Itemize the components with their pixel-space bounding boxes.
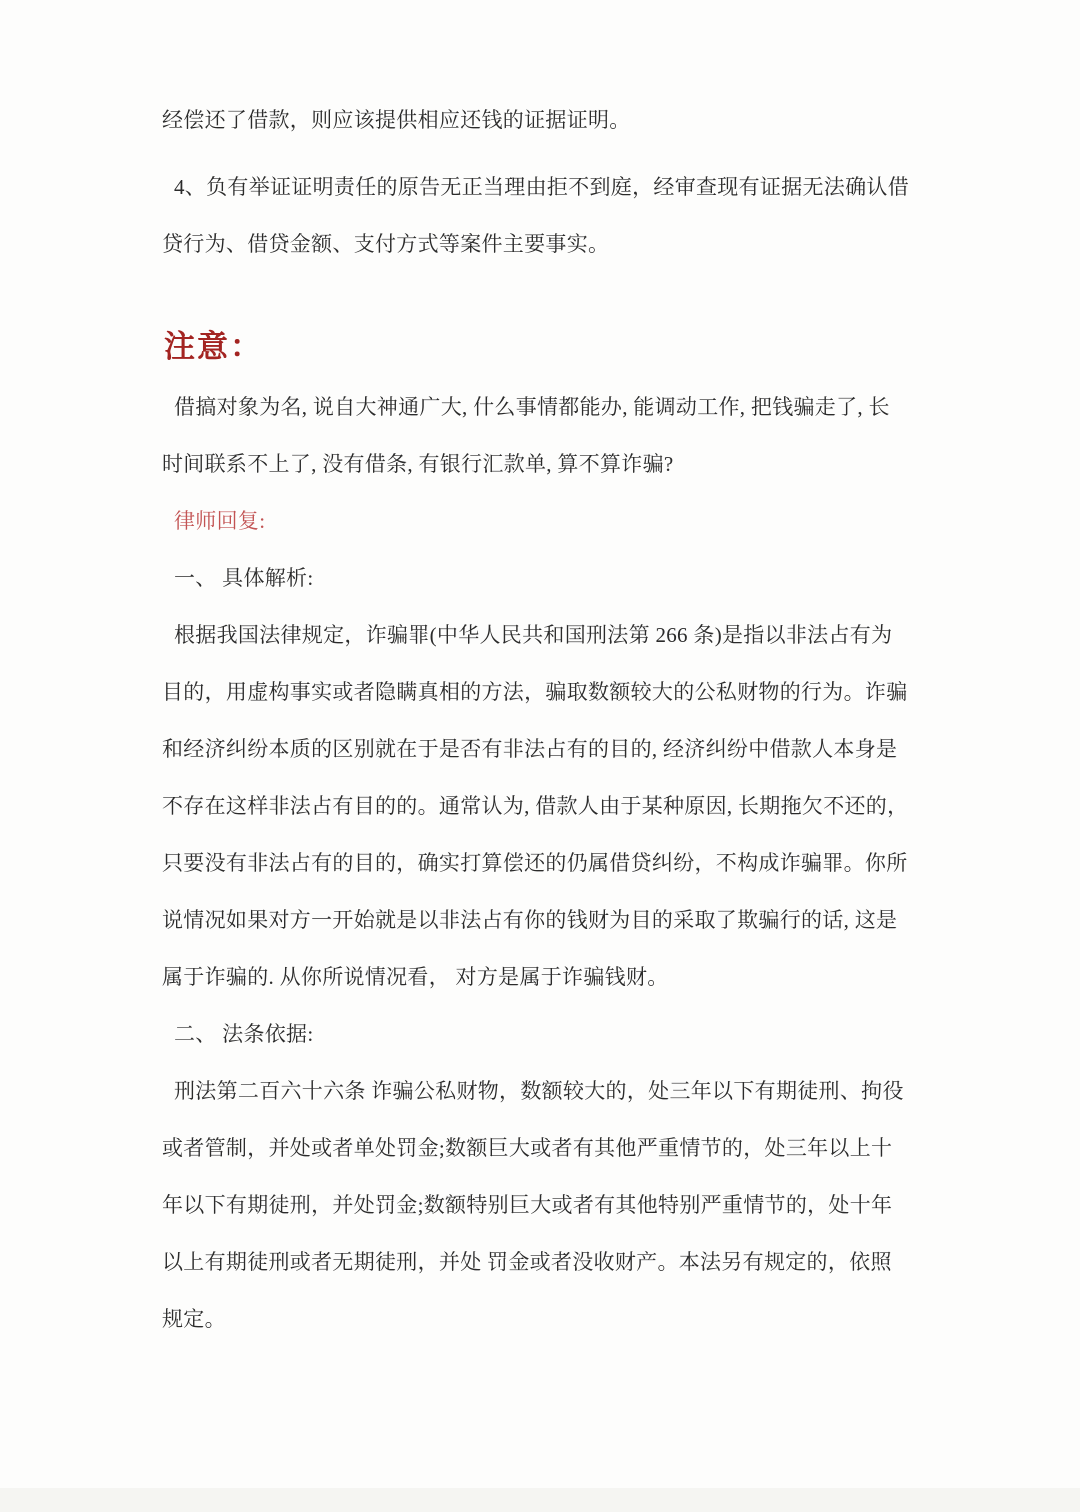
document-page: 经偿还了借款，则应该提供相应还钱的证据证明。 4、负有举证证明责任的原告无正当理… bbox=[0, 0, 1080, 1512]
paragraph-repayment-evidence: 经偿还了借款，则应该提供相应还钱的证据证明。 bbox=[162, 92, 930, 149]
paragraph-question: 借搞对象为名, 说自大神通广大, 什么事情都能办, 能调动工作, 把钱骗走了, … bbox=[162, 379, 930, 493]
text-line: 经偿还了借款，则应该提供相应还钱的证据证明。 bbox=[162, 92, 930, 149]
text-line: 年以下有期徒刑，并处罚金;数额特别巨大或者有其他特别严重情节的，处十年 bbox=[162, 1177, 930, 1234]
text-line: 规定。 bbox=[162, 1291, 930, 1348]
text-line: 不存在这样非法占有目的的。通常认为, 借款人由于某种原因, 长期拖欠不还的， bbox=[162, 778, 930, 835]
paragraph-point4: 4、负有举证证明责任的原告无正当理由拒不到庭，经审查现有证据无法确认借贷行为、借… bbox=[162, 159, 930, 273]
text-line: 借搞对象为名, 说自大神通广大, 什么事情都能办, 能调动工作, 把钱骗走了, … bbox=[162, 379, 930, 436]
text-line: 说情况如果对方一开始就是以非法占有你的钱财为目的采取了欺骗行的话, 这是 bbox=[162, 892, 930, 949]
section1-heading: 一、 具体解析: bbox=[162, 550, 930, 607]
text-line: 只要没有非法占有的目的，确实打算偿还的仍属借贷纠纷，不构成诈骗罪。你所 bbox=[162, 835, 930, 892]
text-line: 贷行为、借贷金额、支付方式等案件主要事实。 bbox=[162, 216, 930, 273]
text-line: 4、负有举证证明责任的原告无正当理由拒不到庭，经审查现有证据无法确认借 bbox=[162, 159, 930, 216]
text-line: 和经济纠纷本质的区别就在于是否有非法占有的目的, 经济纠纷中借款人本身是 bbox=[162, 721, 930, 778]
notice-heading: 注意： bbox=[164, 325, 930, 369]
text-line: 时间联系不上了, 没有借条, 有银行汇款单, 算不算诈骗? bbox=[162, 436, 930, 493]
text-line: 目的，用虚构事实或者隐瞒真相的方法，骗取数额较大的公私财物的行为。诈骗 bbox=[162, 664, 930, 721]
paragraph-analysis: 根据我国法律规定，诈骗罪(中华人民共和国刑法第 266 条)是指以非法占有为目的… bbox=[162, 607, 930, 1006]
text-line: 或者管制，并处或者单处罚金;数额巨大或者有其他严重情节的，处三年以上十 bbox=[162, 1120, 930, 1177]
text-line: 根据我国法律规定，诈骗罪(中华人民共和国刑法第 266 条)是指以非法占有为 bbox=[162, 607, 930, 664]
page-bottom-band bbox=[0, 1488, 1080, 1512]
section2-heading: 二、 法条依据: bbox=[162, 1006, 930, 1063]
text-line: 以上有期徒刑或者无期徒刑，并处 罚金或者没收财产。本法另有规定的，依照 bbox=[162, 1234, 930, 1291]
paragraph-law-citation: 刑法第二百六十六条 诈骗公私财物，数额较大的，处三年以下有期徒刑、拘役或者管制，… bbox=[162, 1063, 930, 1348]
lawyer-reply-label: 律师回复: bbox=[162, 493, 930, 550]
text-line: 刑法第二百六十六条 诈骗公私财物，数额较大的，处三年以下有期徒刑、拘役 bbox=[162, 1063, 930, 1120]
text-line: 属于诈骗的. 从你所说情况看， 对方是属于诈骗钱财。 bbox=[162, 949, 930, 1006]
